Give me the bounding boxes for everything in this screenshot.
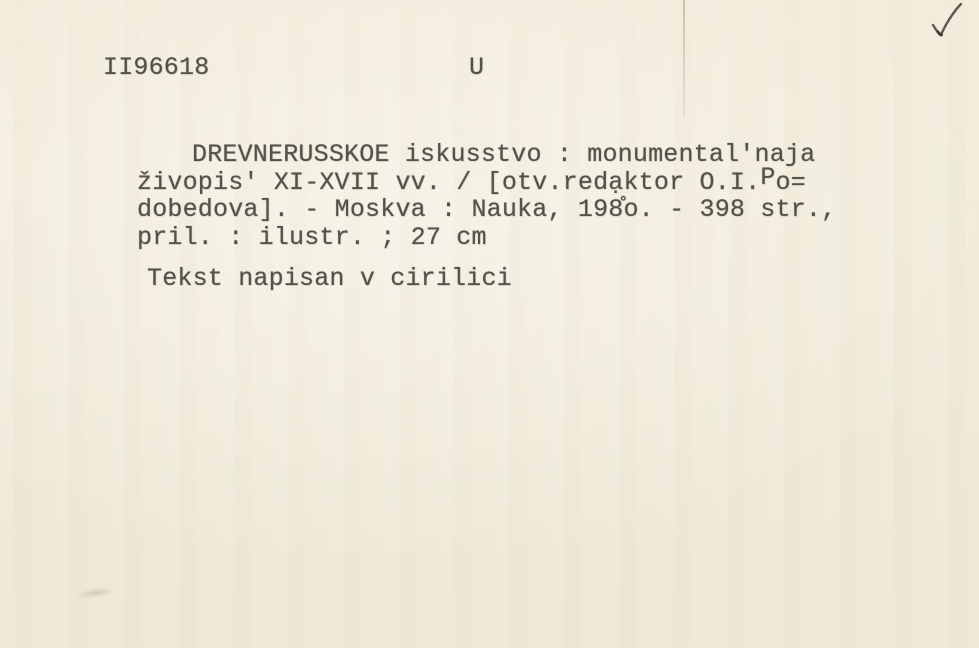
checkmark-icon — [926, 1, 968, 43]
catalog-line-segment: pril. : ilustr. ; 27 cm — [137, 223, 487, 252]
catalog-line-segment: DREVNERUSSKOE iskusstvo : monumental'naj… — [192, 140, 815, 169]
catalog-line-segment: živopis' XI-XVII vv. / [otv.redạktor O.I… — [137, 168, 760, 197]
catalog-line-segment: o= — [776, 168, 806, 197]
catalog-line: živopis' XI-XVII vv. / [otv.redạktor O.I… — [137, 169, 897, 197]
catalog-line-segment: dobedova]. - Moskva : Nauka, 198̊o. - 39… — [137, 195, 836, 224]
catalog-line: dobedova]. - Moskva : Nauka, 198̊o. - 39… — [137, 196, 897, 224]
paper-smudge — [74, 585, 115, 600]
catalog-line: pril. : ilustr. ; 27 cm — [137, 224, 897, 252]
call-number: II96618 — [103, 53, 209, 82]
sorting-letter: U — [469, 53, 484, 82]
catalog-card: II96618 U DREVNERUSSKOE iskusstvo : monu… — [0, 0, 979, 648]
catalog-line-segment: P — [760, 164, 775, 192]
catalog-line: DREVNERUSSKOE iskusstvo : monumental'naj… — [137, 141, 897, 169]
language-note: Tekst napisan v cirilici — [147, 264, 512, 293]
bibliographic-description: DREVNERUSSKOE iskusstvo : monumental'naj… — [137, 141, 897, 251]
card-crease-line — [683, 0, 685, 118]
